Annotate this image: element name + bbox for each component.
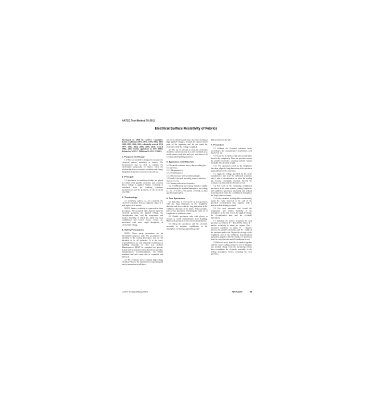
body-paragraph: 7.7 Calculate the surface resistivity fo… [211,220,252,241]
method-number-header: AATCC Test Method 76-2011 [122,120,155,122]
body-paragraph: librium from the dry side. [211,139,252,141]
body-paragraph: 5.4 Conditioning and testing chamber cap… [166,185,207,194]
three-column-text-body: Developed in 1969 by AATCC Committee RA3… [122,139,252,288]
screenshot-background: AATCC Test Method 76-2011 Electrical Sur… [0,0,368,420]
document-page: AATCC Test Method 76-2011 Electrical Sur… [120,117,254,299]
body-paragraph: 3.1 resistivity, surface, n.—of a materi… [122,200,163,207]
body-paragraph: 2.1 Specimens of conditioned fabric are … [122,180,163,194]
page-footer: AATCC Technical Manual/2012 TM 76-2011 9… [122,291,252,293]
list-item: 5.2 Parallel electrode assembly, brass o… [166,178,207,183]
body-paragraph: NOTE: These safety precautions are for i… [122,233,163,259]
body-paragraph: 7.8 Between tests, short the electrodes … [211,242,252,256]
body-paragraph: 6.3 Bring the specimens and the electrod… [166,223,207,230]
footer-right-group: TM 76-2011 99 [232,291,252,293]
body-paragraph: 1.1 This test method is designed to meas… [122,159,163,173]
text-column-1: Developed in 1969 by AATCC Committee RA3… [122,139,163,288]
section-heading: 7. Procedure [211,144,252,146]
footer-manual-edition: AATCC Technical Manual/2012 [122,291,148,293]
footer-method-number: TM 76-2011 [232,291,243,293]
page-content: AATCC Test Method 76-2011 Electrical Sur… [120,117,254,299]
body-paragraph: 7.2.1 For specimens tested in the length… [211,165,252,172]
section-heading: 5. Apparatus and Materials [166,161,207,163]
body-paragraph: 7.4 Test each of the remaining condition… [211,185,252,197]
list-item: 5.1 Electrical resistance meter, direct … [166,165,207,170]
body-paragraph: 6.1 Take three 5 x 10 cm (2 x 4 in.) spe… [166,201,207,215]
section-heading: 6. Test Specimens [166,197,207,199]
body-paragraph: 7.6 For each specimen also record the te… [211,208,252,220]
section-heading: 1. Purpose and Scope [122,156,163,158]
document-title: Electrical Surface Resistivity of Fabric… [120,127,252,131]
body-paragraph: 4.1 The resistance meter contains high v… [122,259,163,266]
body-paragraph: 6.2 Handle specimens only with gloves or… [166,216,207,223]
body-paragraph: 7.5 If the resistance reading drifts con… [211,198,252,207]
body-paragraph: NOTE: Surface resistivity is expressed i… [122,208,163,227]
body-paragraph: 7.3 Apply the voltage specified by the m… [211,173,252,185]
body-paragraph: 4.3 The use of solvents to clean the ele… [166,149,207,158]
body-paragraph: 7.2 Clean the electrodes with solvent an… [211,155,252,164]
body-paragraph: 7.1 Calibrate the electrical resistance … [211,148,252,155]
text-column-2: 4.2 An electrical hazard may exist when … [166,139,207,288]
history-note: Developed in 1969 by AATCC Committee RA3… [122,139,163,153]
page-number: 99 [250,291,252,293]
section-heading: 2. Principle [122,176,163,178]
section-heading: 3. Terminology [122,196,163,198]
body-paragraph: 4.2 An electrical hazard may exist when … [166,139,207,148]
section-heading: 4. Safety Precautions [122,229,163,231]
text-column-3: librium from the dry side.7. Procedure7.… [211,139,252,288]
